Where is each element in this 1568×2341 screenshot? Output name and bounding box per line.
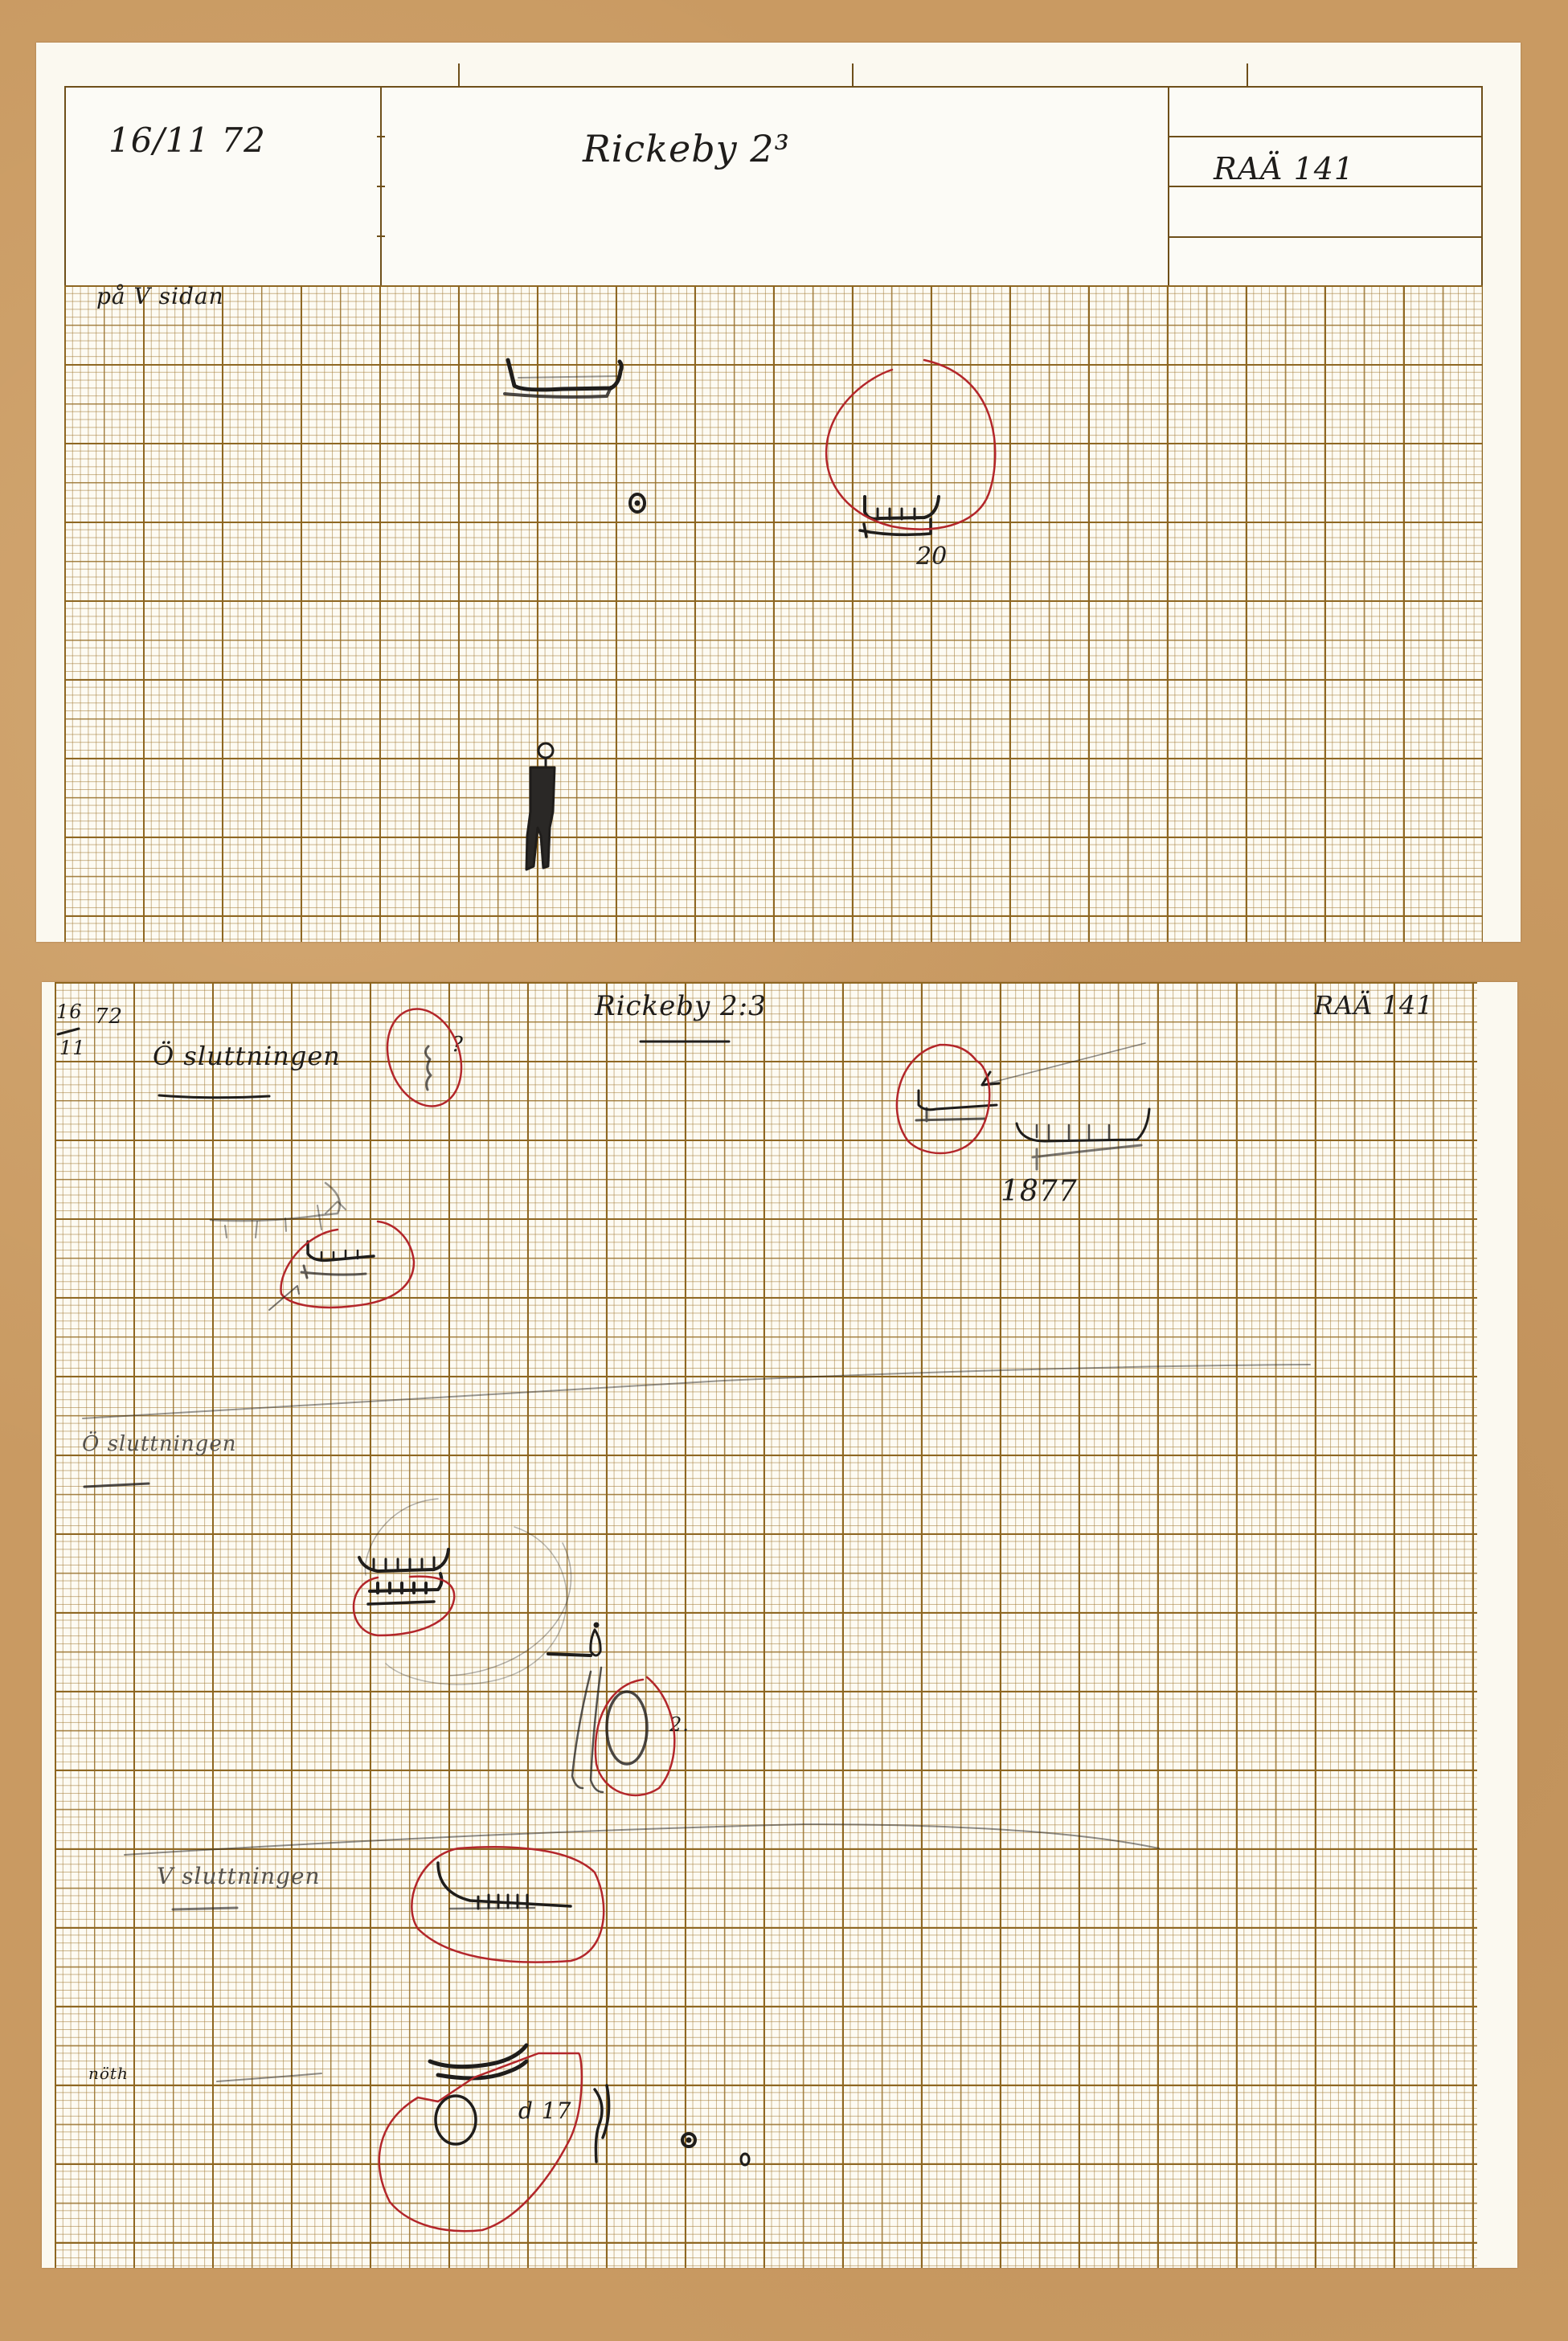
top-section-label: på V sidan [96,283,224,309]
question-mark-note: ? [452,1033,464,1057]
bottom-site-name: Rickeby 2:3 [595,990,767,1022]
header-site-cell [382,88,1169,285]
top-ruler-tick [1247,63,1248,86]
header-date-cell [66,88,382,285]
header-registry-cell [1169,88,1481,285]
bottom-date-month: 11 [59,1037,86,1059]
bottom-date-year: 72 [95,1005,123,1029]
figure-2-label: 2. [669,1713,690,1736]
section-label-east-2: Ö sluttningen [82,1432,236,1456]
header-table [64,86,1483,287]
year-annotation: 1877 [1001,1175,1078,1208]
top-date: 16/11 72 [108,121,266,160]
bottom-registry: RAÄ 141 [1314,990,1434,1021]
top-site-name: Rickeby 2³ [583,127,790,170]
bottom-date-day: 16 [56,1001,83,1023]
top-ruler-tick [458,63,460,86]
top-ruler-tick [852,63,854,86]
top-grid [64,285,1483,942]
section-label-east-1: Ö sluttningen [153,1041,341,1071]
section-label-west: V sluttningen [157,1863,321,1889]
header-row-line [1169,136,1481,137]
bottom-sheet [42,982,1517,2268]
header-row-line [1169,236,1481,238]
top-registry: RAÄ 141 [1214,151,1354,186]
bottom-grid [55,982,1477,2268]
figure-d-label: d 17 [518,2097,571,2124]
section-label-north: nöth [88,2064,129,2083]
